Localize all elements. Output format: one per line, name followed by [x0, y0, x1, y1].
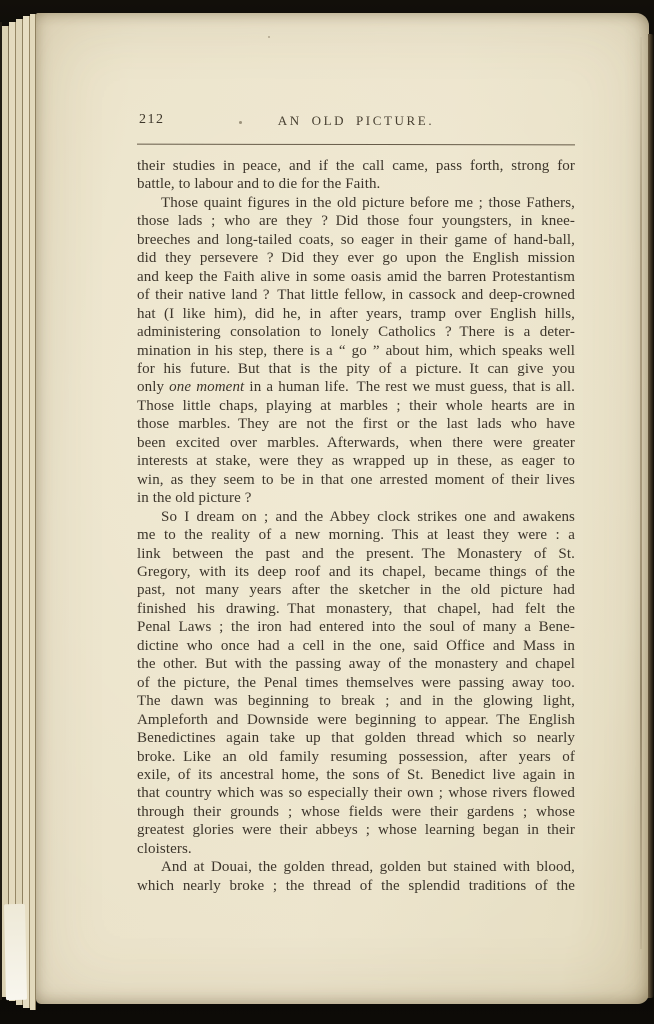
- paragraph: So I dream on ; and the Abbey clock stri…: [137, 508, 575, 859]
- paragraph: their studies in peace, and if the call …: [137, 157, 575, 194]
- text-run: that country which was so especially the…: [137, 785, 575, 801]
- text-line: Penal Laws ; the iron had entered into t…: [137, 618, 575, 636]
- italic-text-run: one moment: [169, 379, 244, 395]
- text-run: of their native land ? That little fello…: [137, 287, 575, 303]
- text-line: those marbles. They are not the first or…: [137, 415, 575, 433]
- text-line: greatest glories were their abbeys ; who…: [137, 821, 575, 839]
- text-line: So I dream on ; and the Abbey clock stri…: [137, 508, 575, 526]
- text-line: which nearly broke ; the thread of the s…: [137, 877, 575, 895]
- ink-speck: [268, 36, 270, 38]
- text-run: the other. But with the passing away of …: [137, 656, 575, 672]
- text-line: link between the past and the present. T…: [137, 545, 575, 563]
- page-header: 212 AN OLD PICTURE.: [137, 112, 575, 130]
- text-run: which nearly broke ; the thread of the s…: [137, 878, 575, 894]
- text-line: past, not many years after the sketcher …: [137, 581, 575, 599]
- page-edge-strip: [23, 16, 30, 1008]
- text-run: Ampleforth and Downside were beginning t…: [137, 712, 575, 728]
- running-title: AN OLD PICTURE.: [137, 113, 575, 129]
- text-run: only: [137, 379, 169, 395]
- text-line: the other. But with the passing away of …: [137, 655, 575, 673]
- text-run: interests at stake, were they as wrapped…: [137, 453, 575, 469]
- text-line: their studies in peace, and if the call …: [137, 157, 575, 175]
- text-run: And at Douai, the golden thread, golden …: [161, 859, 575, 875]
- text-run: link between the past and the present. T…: [137, 546, 575, 562]
- text-line: Those little chaps, playing at marbles ;…: [137, 397, 575, 415]
- text-line: dictine who once had a cell in the one, …: [137, 637, 575, 655]
- text-run: been excited over marbles. Afterwards, w…: [137, 435, 575, 451]
- text-run: administering consolation to lonely Cath…: [137, 324, 575, 340]
- text-run: mination in his step, there is a “ go ” …: [137, 343, 575, 359]
- text-line: that country which was so especially the…: [137, 784, 575, 802]
- text-run: breeches and long-tailed coats, so eager…: [137, 232, 575, 248]
- text-line: administering consolation to lonely Cath…: [137, 323, 575, 341]
- text-line: interests at stake, were they as wrapped…: [137, 452, 575, 470]
- book-edge-right: [648, 34, 654, 998]
- text-run: Those little chaps, playing at marbles ;…: [137, 398, 575, 414]
- text-run: past, not many years after the sketcher …: [137, 582, 575, 598]
- text-run: finished his drawing. That monastery, th…: [137, 601, 575, 617]
- text-run: those marbles. They are not the first or…: [137, 416, 575, 432]
- text-run: those lads ; who are they ? Did those fo…: [137, 213, 575, 229]
- text-run: did they persevere ? Did they ever go up…: [137, 250, 575, 266]
- text-run: exile, of its ancestral home, the sons o…: [137, 767, 575, 783]
- text-line: hat (I like him), did he, in after years…: [137, 305, 575, 323]
- text-line: exile, of its ancestral home, the sons o…: [137, 766, 575, 784]
- text-line: breeches and long-tailed coats, so eager…: [137, 231, 575, 249]
- page-body: their studies in peace, and if the call …: [137, 157, 575, 895]
- text-run: Gregory, with its deep roof and its chap…: [137, 564, 575, 580]
- text-run: of the picture, the Penal times themselv…: [137, 675, 575, 691]
- text-run: dictine who once had a cell in the one, …: [137, 638, 575, 654]
- text-line: of their native land ? That little fello…: [137, 286, 575, 304]
- page-edge-strip: [2, 26, 9, 997]
- text-line: for his future. But that is the pity of …: [137, 360, 575, 378]
- text-line: in the old picture ?: [137, 489, 575, 507]
- text-run: me to the reality of a new morning. This…: [137, 527, 575, 543]
- text-run: Benedictines again take up that golden t…: [137, 730, 575, 746]
- text-line: The dawn was beginning to break ; and in…: [137, 692, 575, 710]
- text-line: win, as they seem to be in that one arre…: [137, 471, 575, 489]
- text-run: broke. Like an old family resuming posse…: [137, 749, 575, 765]
- text-run: their studies in peace, and if the call …: [137, 158, 575, 174]
- page-edge-strip: [16, 19, 23, 1005]
- page-edge-strip: [9, 22, 16, 1001]
- text-run: Penal Laws ; the iron had entered into t…: [137, 619, 575, 635]
- text-line: Benedictines again take up that golden t…: [137, 729, 575, 747]
- header-rule: [137, 144, 575, 146]
- text-run: cloisters.: [137, 841, 192, 857]
- scanned-book-photo: 212 AN OLD PICTURE. their studies in pea…: [0, 0, 654, 1024]
- text-line: only one moment in a human life. The res…: [137, 378, 575, 396]
- text-line: battle, to labour and to die for the Fai…: [137, 175, 575, 193]
- text-run: The dawn was beginning to break ; and in…: [137, 693, 575, 709]
- text-run: win, as they seem to be in that one arre…: [137, 472, 575, 488]
- text-line: Gregory, with its deep roof and its chap…: [137, 563, 575, 581]
- text-line: Ampleforth and Downside were beginning t…: [137, 711, 575, 729]
- text-line: cloisters.: [137, 840, 575, 858]
- text-line: and keep the Faith alive in some oasis a…: [137, 268, 575, 286]
- book-page: 212 AN OLD PICTURE. their studies in pea…: [36, 13, 649, 1004]
- text-run: through their grounds ; whose fields wer…: [137, 804, 575, 820]
- text-line: been excited over marbles. Afterwards, w…: [137, 434, 575, 452]
- text-run: So I dream on ; and the Abbey clock stri…: [161, 509, 575, 525]
- text-line: broke. Like an old family resuming posse…: [137, 748, 575, 766]
- text-line: mination in his step, there is a “ go ” …: [137, 342, 575, 360]
- page-edge-highlight: [4, 904, 27, 1000]
- page-crease: [640, 37, 642, 949]
- text-line: those lads ; who are they ? Did those fo…: [137, 212, 575, 230]
- text-run: hat (I like him), did he, in after years…: [137, 306, 575, 322]
- text-run: greatest glories were their abbeys ; who…: [137, 822, 575, 838]
- text-run: and keep the Faith alive in some oasis a…: [137, 269, 575, 285]
- paragraph: And at Douai, the golden thread, golden …: [137, 858, 575, 895]
- text-run: in a human life. The rest we must guess,…: [244, 379, 575, 395]
- text-run: Those quaint figures in the old picture …: [161, 195, 575, 211]
- text-line: finished his drawing. That monastery, th…: [137, 600, 575, 618]
- text-line: Those quaint figures in the old picture …: [137, 194, 575, 212]
- text-run: for his future. But that is the pity of …: [137, 361, 575, 377]
- text-line: did they persevere ? Did they ever go up…: [137, 249, 575, 267]
- text-run: battle, to labour and to die for the Fai…: [137, 176, 380, 192]
- text-run: in the old picture ?: [137, 490, 251, 506]
- text-line: And at Douai, the golden thread, golden …: [137, 858, 575, 876]
- text-line: me to the reality of a new morning. This…: [137, 526, 575, 544]
- text-line: of the picture, the Penal times themselv…: [137, 674, 575, 692]
- paragraph: Those quaint figures in the old picture …: [137, 194, 575, 508]
- text-line: through their grounds ; whose fields wer…: [137, 803, 575, 821]
